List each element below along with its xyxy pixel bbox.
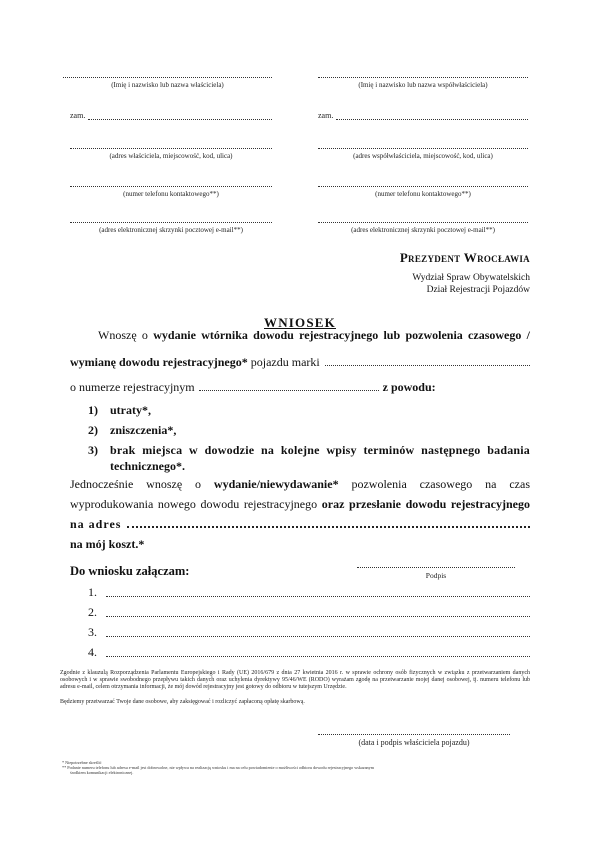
reason-item[interactable]: 2)zniszczenia*, [88, 423, 176, 438]
owner-phone-field[interactable] [70, 186, 272, 187]
fee-note: Będziemy przetwarzać Twoje dane osobowe,… [60, 699, 530, 706]
owner-zam-field[interactable] [88, 119, 272, 120]
own-cost-note: na mój koszt.* [70, 537, 530, 551]
reason-number: 2) [88, 423, 110, 438]
co-owner-address-field[interactable] [318, 148, 528, 149]
owner-address-field[interactable] [70, 148, 272, 149]
request-bold-2: wymianę dowodu rejestracyjnego* [70, 355, 248, 369]
owner-zam-label: zam. [70, 111, 85, 120]
attachment-field[interactable] [106, 656, 530, 657]
co-owner-email-field[interactable] [318, 222, 528, 223]
owner-name-field[interactable] [63, 77, 272, 78]
additional-line-1: Jednocześnie wnoszę o wydanie/niewydawan… [70, 477, 530, 491]
attachments-heading: Do wniosku załączam: [70, 564, 189, 579]
co-owner-phone-caption: (numer telefonu kontaktowego**) [318, 190, 528, 198]
request-bold-1: wydanie wtórnika dowodu rejestracyjnego … [153, 328, 530, 342]
co-owner-zam-label: zam. [318, 111, 333, 120]
footnote-2-cont: środkiem komunikacji elektronicznej. [70, 770, 133, 775]
additional-text-2: pozwolenia czasowego na czas [351, 477, 530, 491]
additional-text-3: wyprodukowania nowego dowodu rejestracyj… [70, 497, 317, 511]
registration-number-label: o numerze rejestracyjnym [70, 380, 195, 394]
co-owner-address-caption: (adres współwłaściciela, miejscowość, ko… [318, 152, 528, 160]
registration-number-field[interactable] [199, 390, 379, 391]
reason-number: 1) [88, 403, 110, 418]
vehicle-make-field[interactable] [325, 365, 530, 366]
signature-field[interactable] [357, 567, 515, 568]
attachment-row[interactable]: 3. [88, 625, 530, 640]
co-owner-phone-field[interactable] [318, 186, 528, 187]
reason-item[interactable]: 3)brak miejsca w dowodzie na kolejne wpi… [88, 443, 530, 458]
attachment-field[interactable] [106, 596, 530, 597]
additional-line-3: na adres [70, 517, 530, 531]
attachment-row[interactable]: 4. [88, 645, 530, 660]
attachment-field[interactable] [106, 636, 530, 637]
co-owner-zam-field[interactable] [336, 119, 528, 120]
owner-signature-caption: (data i podpis właściciela pojazdu) [318, 738, 510, 747]
rodo-clause: Zgodnie z klauzulą Rozporządzenia Parlam… [60, 670, 530, 692]
recipient-title: Prezydent Wrocławia [400, 250, 530, 266]
attachment-number: 2. [88, 605, 106, 620]
owner-phone-caption: (numer telefonu kontaktowego**) [70, 190, 272, 198]
co-owner-name-caption: (Imię i nazwisko lub nazwa współwłaścici… [318, 81, 528, 89]
vehicle-make-label: pojazdu marki [251, 355, 320, 369]
owner-address-caption: (adres właściciela, miejscowość, kod, ul… [70, 152, 272, 160]
request-line-1: Wnoszę o wydanie wtórnika dowodu rejestr… [70, 328, 530, 342]
co-owner-email-caption: (adres elektronicznej skrzynki pocztowej… [318, 226, 528, 234]
owner-signature-field[interactable] [318, 734, 510, 735]
request-line-3: o numerze rejestracyjnym z powodu: [70, 380, 530, 394]
reason-text: utraty*, [110, 403, 151, 417]
reason-number: 3) [88, 443, 110, 458]
additional-bold-1: wydanie/niewydawanie* [214, 477, 339, 491]
recipient-department: Wydział Spraw Obywatelskich [412, 273, 530, 283]
reason-text: brak miejsca w dowodzie na kolejne wpisy… [110, 443, 530, 458]
reason-item[interactable]: 1)utraty*, [88, 403, 151, 418]
recipient-division: Dział Rejestracji Pojazdów [427, 285, 530, 295]
attachment-row[interactable]: 1. [88, 585, 530, 600]
request-line-2: wymianę dowodu rejestracyjnego* pojazdu … [70, 355, 530, 369]
owner-name-caption: (Imię i nazwisko lub nazwa właściciela) [63, 81, 272, 89]
attachment-number: 1. [88, 585, 106, 600]
attachment-number: 3. [88, 625, 106, 640]
owner-email-caption: (adres elektronicznej skrzynki pocztowej… [70, 226, 272, 234]
attachment-number: 4. [88, 645, 106, 660]
attachment-row[interactable]: 2. [88, 605, 530, 620]
signature-caption: Podpis [357, 571, 515, 580]
owner-email-field[interactable] [70, 222, 272, 223]
additional-text-1: Jednocześnie wnoszę o [70, 477, 201, 491]
delivery-address-label: na adres [70, 517, 121, 531]
request-intro: Wnoszę o [98, 328, 148, 342]
reason-text-cont: technicznego*. [110, 459, 185, 474]
additional-line-2: wyprodukowania nowego dowodu rejestracyj… [70, 497, 530, 511]
reason-text: zniszczenia*, [110, 423, 176, 437]
delivery-address-field[interactable] [127, 526, 530, 528]
co-owner-name-field[interactable] [318, 77, 528, 78]
attachment-field[interactable] [106, 616, 530, 617]
reason-heading: z powodu: [383, 380, 436, 394]
additional-bold-2: oraz przesłanie dowodu rejestracyjnego [322, 497, 530, 511]
